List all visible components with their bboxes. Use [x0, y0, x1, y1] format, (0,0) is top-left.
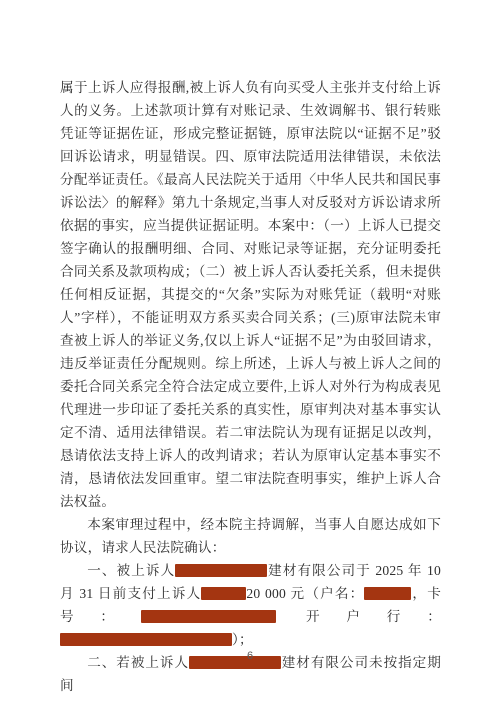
redaction-block	[175, 564, 267, 577]
document-page: 属于上诉人应得报酬,被上诉人负有向买受人主张并支付给上诉人的义务。上述款项计算有…	[0, 0, 500, 707]
paragraph: 属于上诉人应得报酬,被上诉人负有向买受人主张并支付给上诉人的义务。上述款项计算有…	[60, 76, 441, 513]
text-run: ）；	[232, 632, 253, 647]
paragraph: 一、被上诉人建材有限公司于 2025 年 10 月 31 日前支付上诉人20 0…	[60, 559, 441, 651]
page-number: 6	[0, 649, 500, 663]
text-run: 属于上诉人应得报酬,被上诉人负有向买受人主张并支付给上诉人的义务。上述款项计算有…	[60, 80, 441, 509]
redaction-block	[364, 587, 411, 600]
redaction-block	[201, 587, 246, 600]
document-body: 属于上诉人应得报酬,被上诉人负有向买受人主张并支付给上诉人的义务。上述款项计算有…	[60, 76, 441, 697]
redaction-block	[60, 633, 232, 646]
paragraph: 本案审理过程中，经本院主持调解，当事人自愿达成如下协议，请求人民法院确认：	[60, 513, 441, 559]
text-run: 本案审理过程中，经本院主持调解，当事人自愿达成如下协议，请求人民法院确认：	[60, 517, 441, 555]
text-run: 一、被上诉人	[87, 563, 175, 578]
text-run: 开户行：	[276, 609, 441, 624]
redaction-block	[141, 610, 276, 623]
text-run: 20 000 元（户名：	[246, 586, 364, 601]
